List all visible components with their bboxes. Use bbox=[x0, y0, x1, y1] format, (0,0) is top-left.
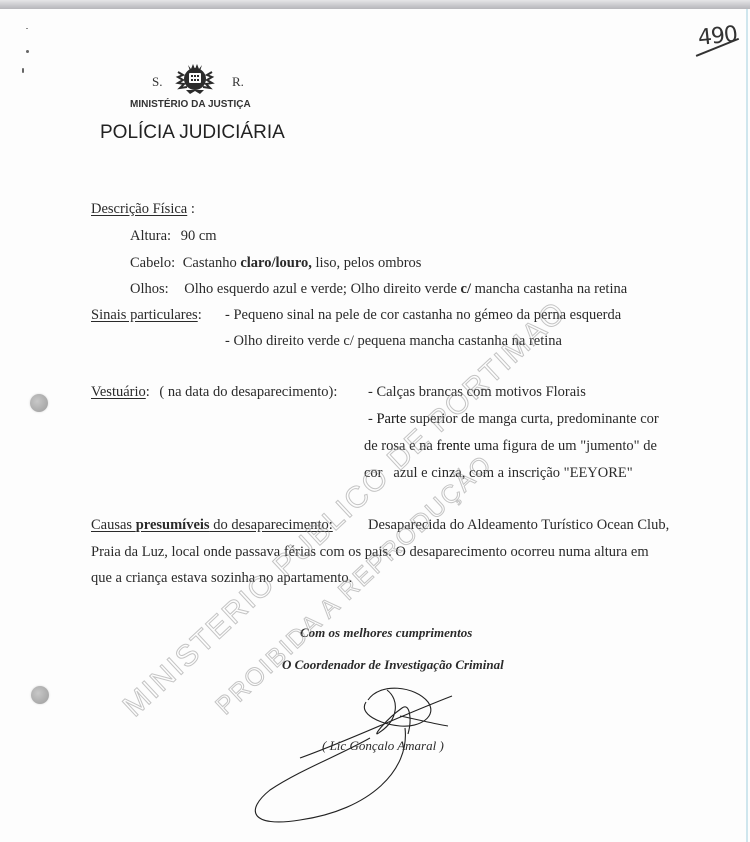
causes-text: Desaparecida do Aldeamento Turístico Oce… bbox=[368, 518, 669, 533]
closing-greeting: Com os melhores cumprimentos bbox=[300, 626, 472, 639]
scan-speck bbox=[26, 50, 29, 53]
punch-hole bbox=[31, 686, 49, 704]
causes-heading: Causas presumíveis do desaparecimento: bbox=[91, 518, 333, 533]
hair-label: Cabelo: bbox=[130, 255, 175, 271]
signature-icon bbox=[240, 680, 500, 830]
scan-speck bbox=[26, 28, 28, 29]
particular-sign-item: - Olho direito verde c/ pequena mancha c… bbox=[225, 334, 562, 349]
letterhead: S. R. bbox=[148, 62, 258, 102]
physical-description-heading: Descrição Física : bbox=[91, 202, 195, 217]
hair-row: Cabelo: Castanho claro/louro, liso, pelo… bbox=[130, 256, 421, 271]
signatory-title: O Coordenador de Investigação Criminal bbox=[282, 658, 504, 671]
particular-signs-heading: Sinais particulares: bbox=[91, 308, 202, 323]
signatory-name: ( Lic Gonçalo Amaral ) bbox=[322, 738, 444, 754]
height-label: Altura: bbox=[130, 228, 171, 244]
ministry-name: MINISTÉRIO DA JUSTIÇA bbox=[130, 99, 250, 110]
coat-of-arms-icon bbox=[174, 62, 216, 96]
document-page: 490 S. R. MINISTÉRIO DA JUSTIÇA POLÍCIA … bbox=[0, 0, 750, 842]
clothing-context: ( na data do desaparecimento): bbox=[159, 384, 337, 400]
eyes-row: Olhos: Olho esquerdo azul e verde; Olho … bbox=[130, 282, 627, 297]
eyes-label: Olhos: bbox=[130, 281, 169, 297]
causes-text: Praia da Luz, local onde passava férias … bbox=[91, 545, 649, 560]
clothing-item-top: - Parte superior de manga curta, predomi… bbox=[368, 412, 659, 427]
eyes-value: Olho esquerdo azul e verde; Olho direito… bbox=[184, 281, 627, 297]
height-value: 90 cm bbox=[181, 228, 217, 244]
punch-hole bbox=[30, 394, 48, 412]
clothing-item-trousers: - Calças brancas com motivos Florais bbox=[368, 385, 586, 400]
sr-left: S. bbox=[152, 74, 162, 90]
scan-speck bbox=[22, 68, 24, 73]
sr-right: R. bbox=[232, 74, 244, 90]
particular-sign-item: - Pequeno sinal na pele de cor castanha … bbox=[225, 308, 621, 323]
clothing-item-top-cont: cor azul e cinza, com a inscrição "EEYOR… bbox=[364, 466, 633, 481]
clothing-heading: Vestuário: ( na data do desaparecimento)… bbox=[91, 385, 337, 400]
height-row: Altura: 90 cm bbox=[130, 229, 217, 244]
agency-name: POLÍCIA JUDICIÁRIA bbox=[100, 122, 285, 144]
clothing-item-top-cont: de rosa e na frente uma figura de um "ju… bbox=[364, 439, 657, 454]
causes-text: que a criança estava sozinha no apartame… bbox=[91, 571, 352, 586]
hair-value: Castanho claro/louro, liso, pelos ombros bbox=[183, 255, 422, 271]
